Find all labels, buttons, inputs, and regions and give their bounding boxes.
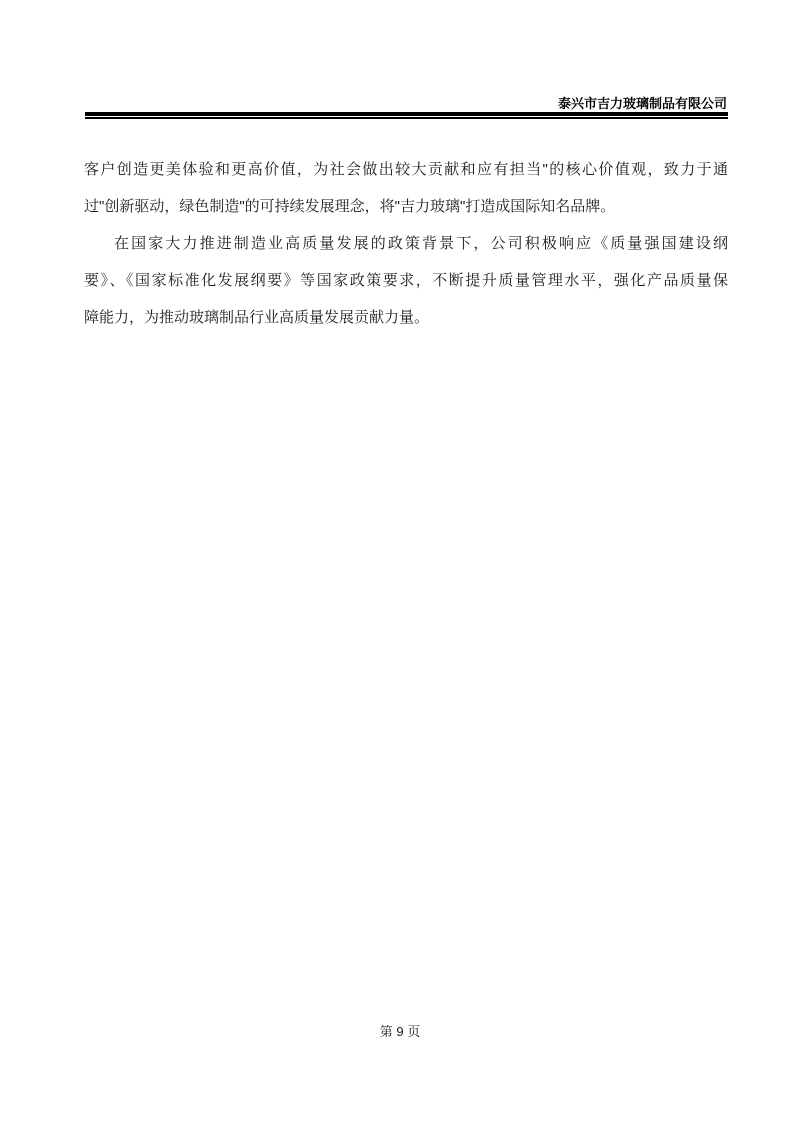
document-page: 泰兴市吉力玻璃制品有限公司 客户创造更美体验和更高价值，为社会做出较大贡献和应有…	[0, 0, 800, 1131]
body-text-line: 在国家大力推进制造业高质量发展的政策背景下，公司积极响应《质量强国建设纲	[84, 225, 728, 262]
body-text-line: 要》、《国家标准化发展纲要》等国家政策要求，不断提升质量管理水平，强化产品质量保	[84, 262, 728, 299]
body-text-line: 客户创造更美体验和更高价值，为社会做出较大贡献和应有担当"的核心价值观，致力于通	[84, 151, 728, 188]
footer-page-number: 第 9 页	[0, 1021, 800, 1040]
header-company-name: 泰兴市吉力玻璃制品有限公司	[558, 93, 727, 112]
body-text-line: 障能力，为推动玻璃制品行业高质量发展贡献力量。	[84, 299, 728, 336]
header-rule-divider	[85, 112, 728, 119]
document-body: 客户创造更美体验和更高价值，为社会做出较大贡献和应有担当"的核心价值观，致力于通…	[84, 151, 728, 336]
body-text-line: 过"创新驱动，绿色制造"的可持续发展理念，将"吉力玻璃"打造成国际知名品牌。	[84, 188, 728, 225]
